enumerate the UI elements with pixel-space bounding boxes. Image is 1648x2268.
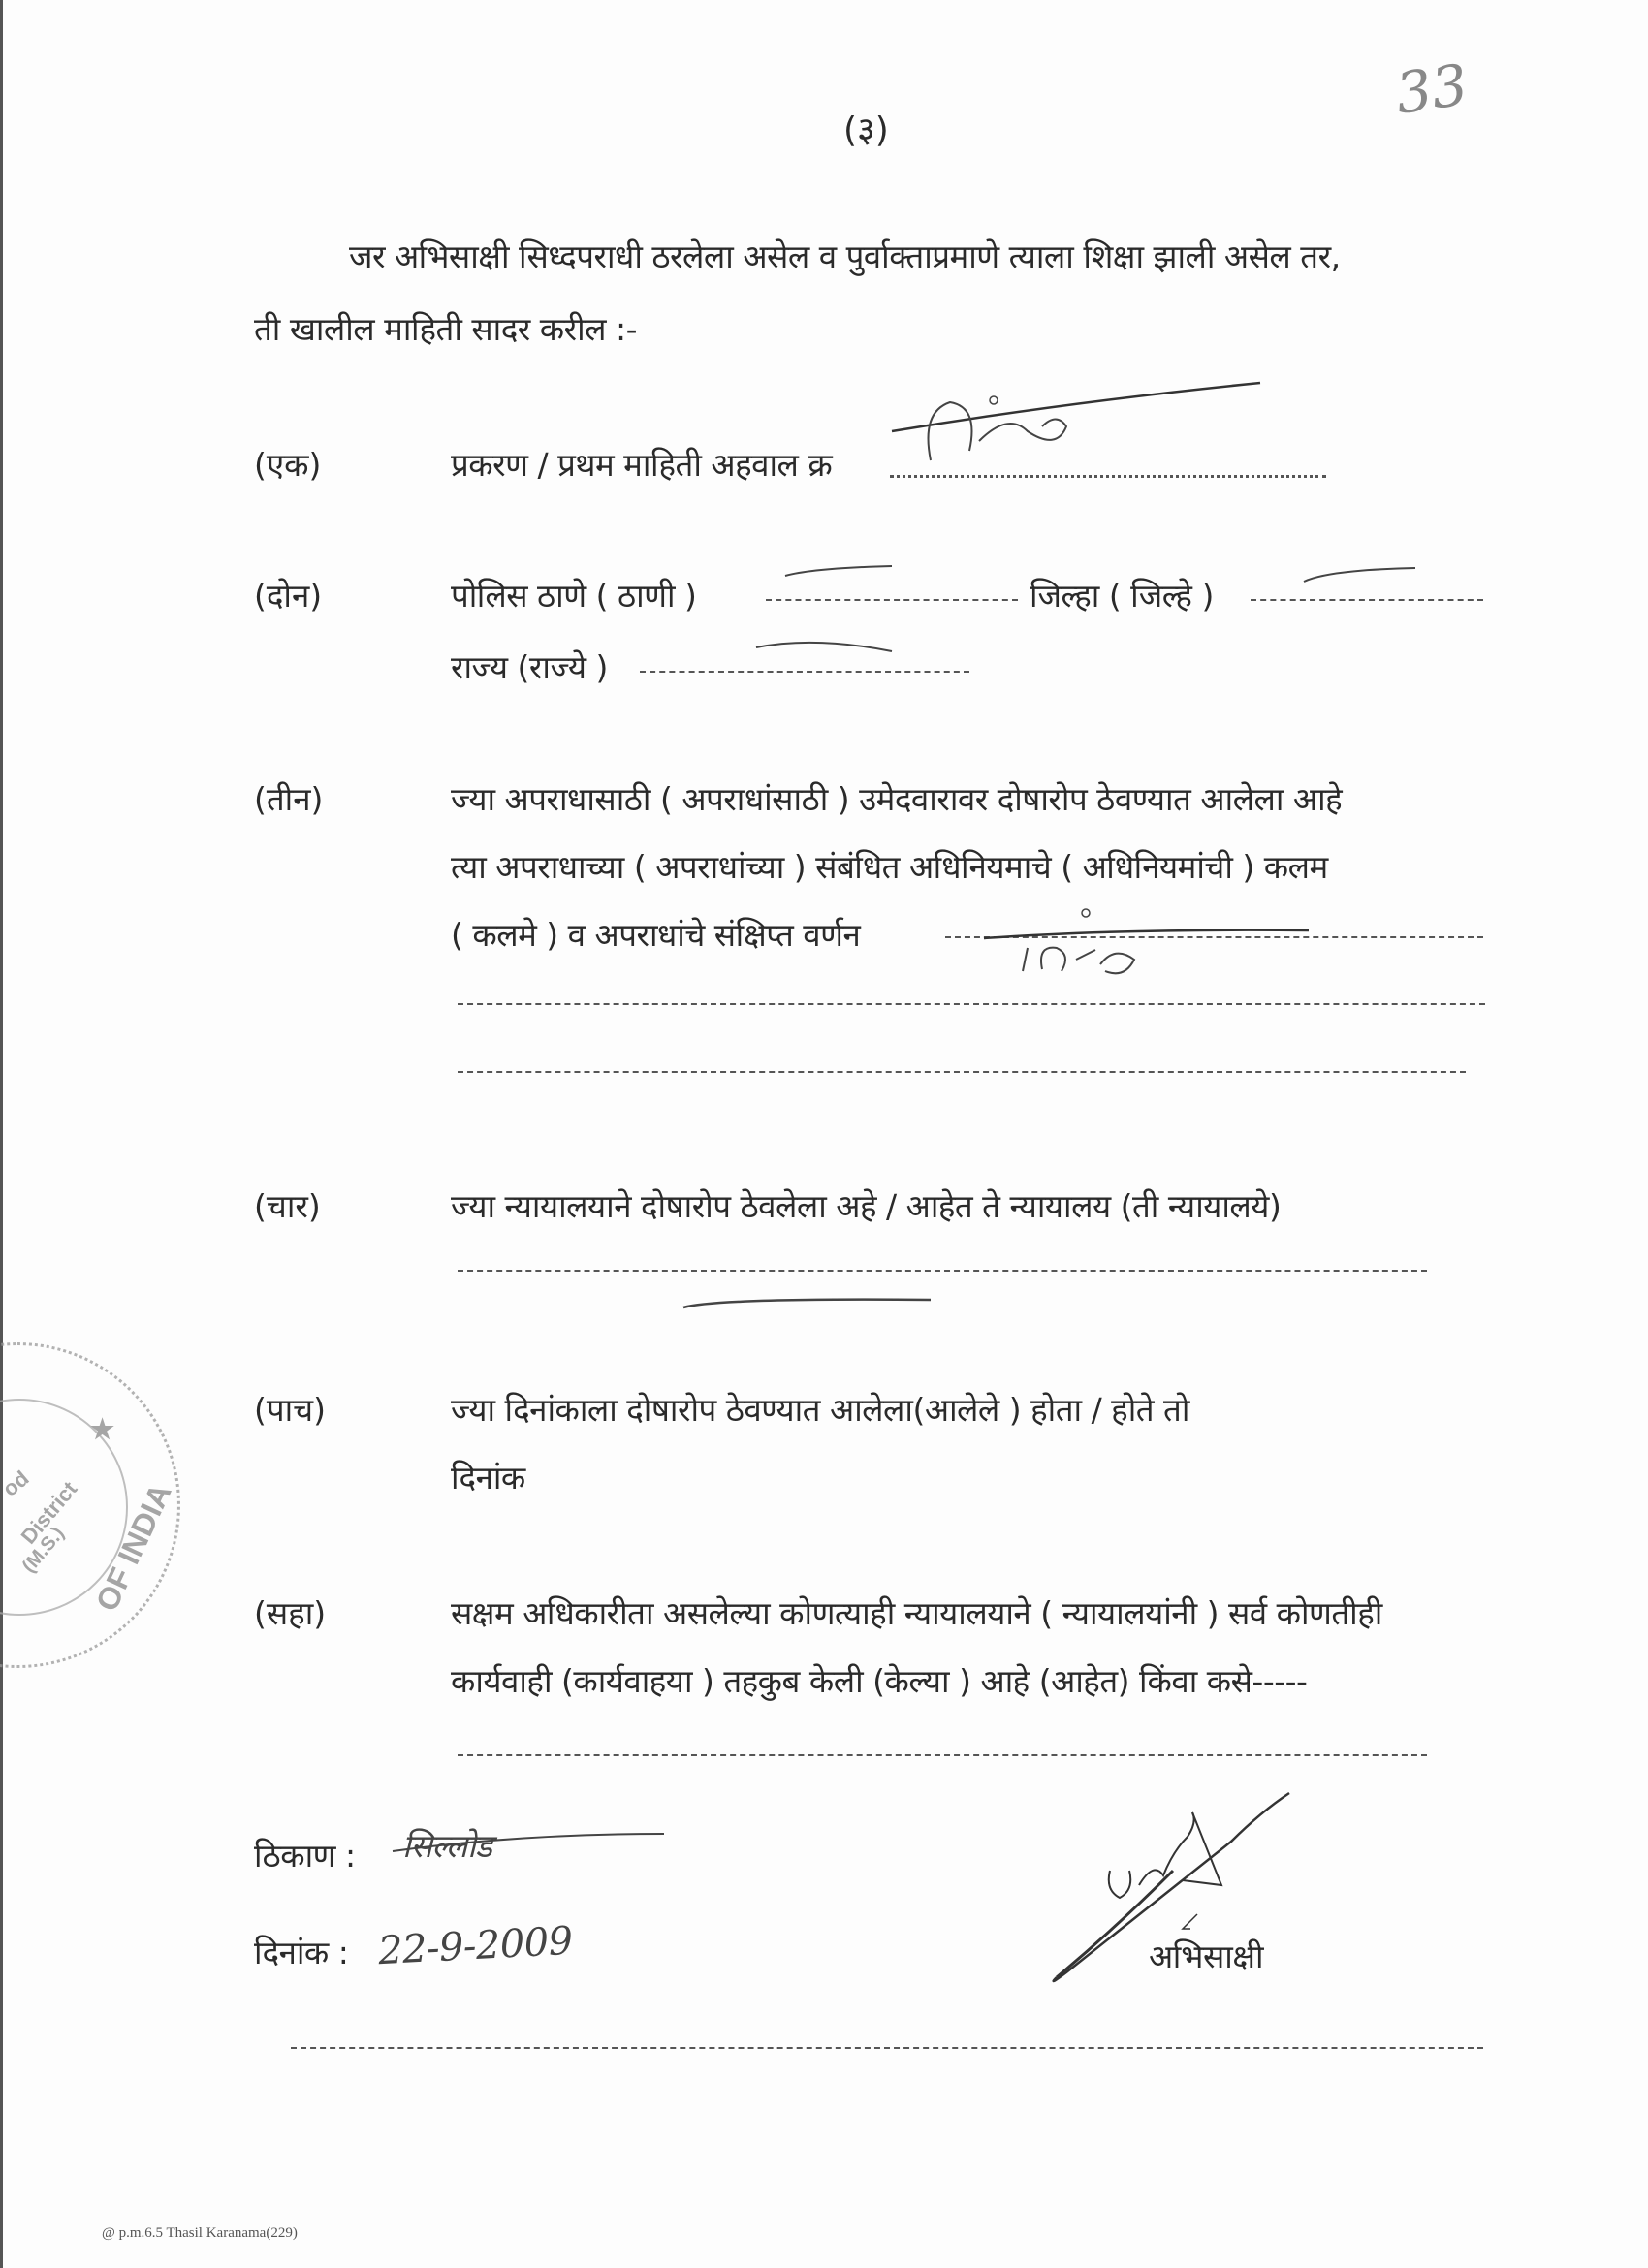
- item-5-line-1: ज्या दिनांकाला दोषारोप ठेवण्यात आलेला(आल…: [451, 1394, 1189, 1426]
- item-3-fill-line-3: [458, 1071, 1466, 1073]
- intro-line-1: जर अभिसाक्षी सिध्दपराधी ठरलेला असेल व पु…: [349, 240, 1341, 272]
- item-4-text: ज्या न्यायालयाने दोषारोप ठेवलेला अहे / आ…: [451, 1190, 1281, 1222]
- item-3-handwritten-nil: [979, 901, 1328, 992]
- signatory-label: अभिसाक्षी: [1149, 1940, 1263, 1972]
- item-4-handwritten-stroke: [679, 1294, 950, 1327]
- scan-edge: [0, 0, 3, 2268]
- item-label-5: (पाच): [254, 1394, 326, 1426]
- item-2-state: राज्य (राज्ये ): [451, 651, 608, 683]
- page-number: (३): [843, 105, 889, 152]
- item-1-text: प्रकरण / प्रथम माहिती अहवाल क्र: [451, 449, 832, 481]
- item-label-1: (एक): [254, 449, 321, 481]
- item-label-2: (दोन): [254, 580, 322, 612]
- item-3-fill-line-2: [458, 1003, 1485, 1005]
- place-underline-stroke: [383, 1822, 674, 1865]
- document-page: (३) 33 जर अभिसाक्षी सिध्दपराधी ठरलेला अस…: [0, 0, 1648, 2268]
- item-4-fill-line: [458, 1270, 1427, 1272]
- official-stamp: District (M.S.) OF INDIA od ★: [0, 1342, 180, 1668]
- item-1-handwritten-nil: [872, 373, 1280, 484]
- date-value-handwritten: 22-9-2009: [377, 1922, 574, 1970]
- item-label-4: (चार): [254, 1190, 321, 1222]
- item-label-6: (सहा): [254, 1597, 326, 1629]
- item-6-line-1: सक्षम अधिकारीता असलेल्या कोणत्याही न्याय…: [451, 1597, 1382, 1629]
- bottom-divider: [291, 2047, 1483, 2049]
- intro-line-2: ती खालील माहिती सादर करील :-: [254, 313, 637, 345]
- item-label-3: (तीन): [254, 783, 323, 815]
- handwritten-page-number: 33: [1392, 51, 1473, 127]
- item-3-line-3: ( कलमे ) व अपराधांचे संक्षिप्त वर्णन: [451, 919, 860, 951]
- date-label: दिनांक :: [254, 1937, 348, 1969]
- item-2-police-station: पोलिस ठाणे ( ठाणी ): [451, 580, 696, 612]
- footer-reference: @ p.m.6.5 Thasil Karanama(229): [102, 2225, 298, 2242]
- item-3-line-2: त्या अपराधाच्या ( अपराधांच्या ) संबंधित …: [451, 851, 1328, 883]
- place-label: ठिकाण :: [254, 1840, 356, 1872]
- item-3-line-1: ज्या अपराधासाठी ( अपराधांसाठी ) उमेदवारा…: [451, 783, 1342, 815]
- item-6-fill-line: [458, 1754, 1427, 1756]
- item-6-line-2: कार्यवाही (कार्यवाहया ) तहकुब केली (केल्…: [451, 1665, 1307, 1697]
- item-5-line-2: दिनांक: [451, 1462, 525, 1494]
- stamp-star-icon: ★: [90, 1413, 114, 1445]
- item-2-handwritten-strokes: [756, 562, 1512, 673]
